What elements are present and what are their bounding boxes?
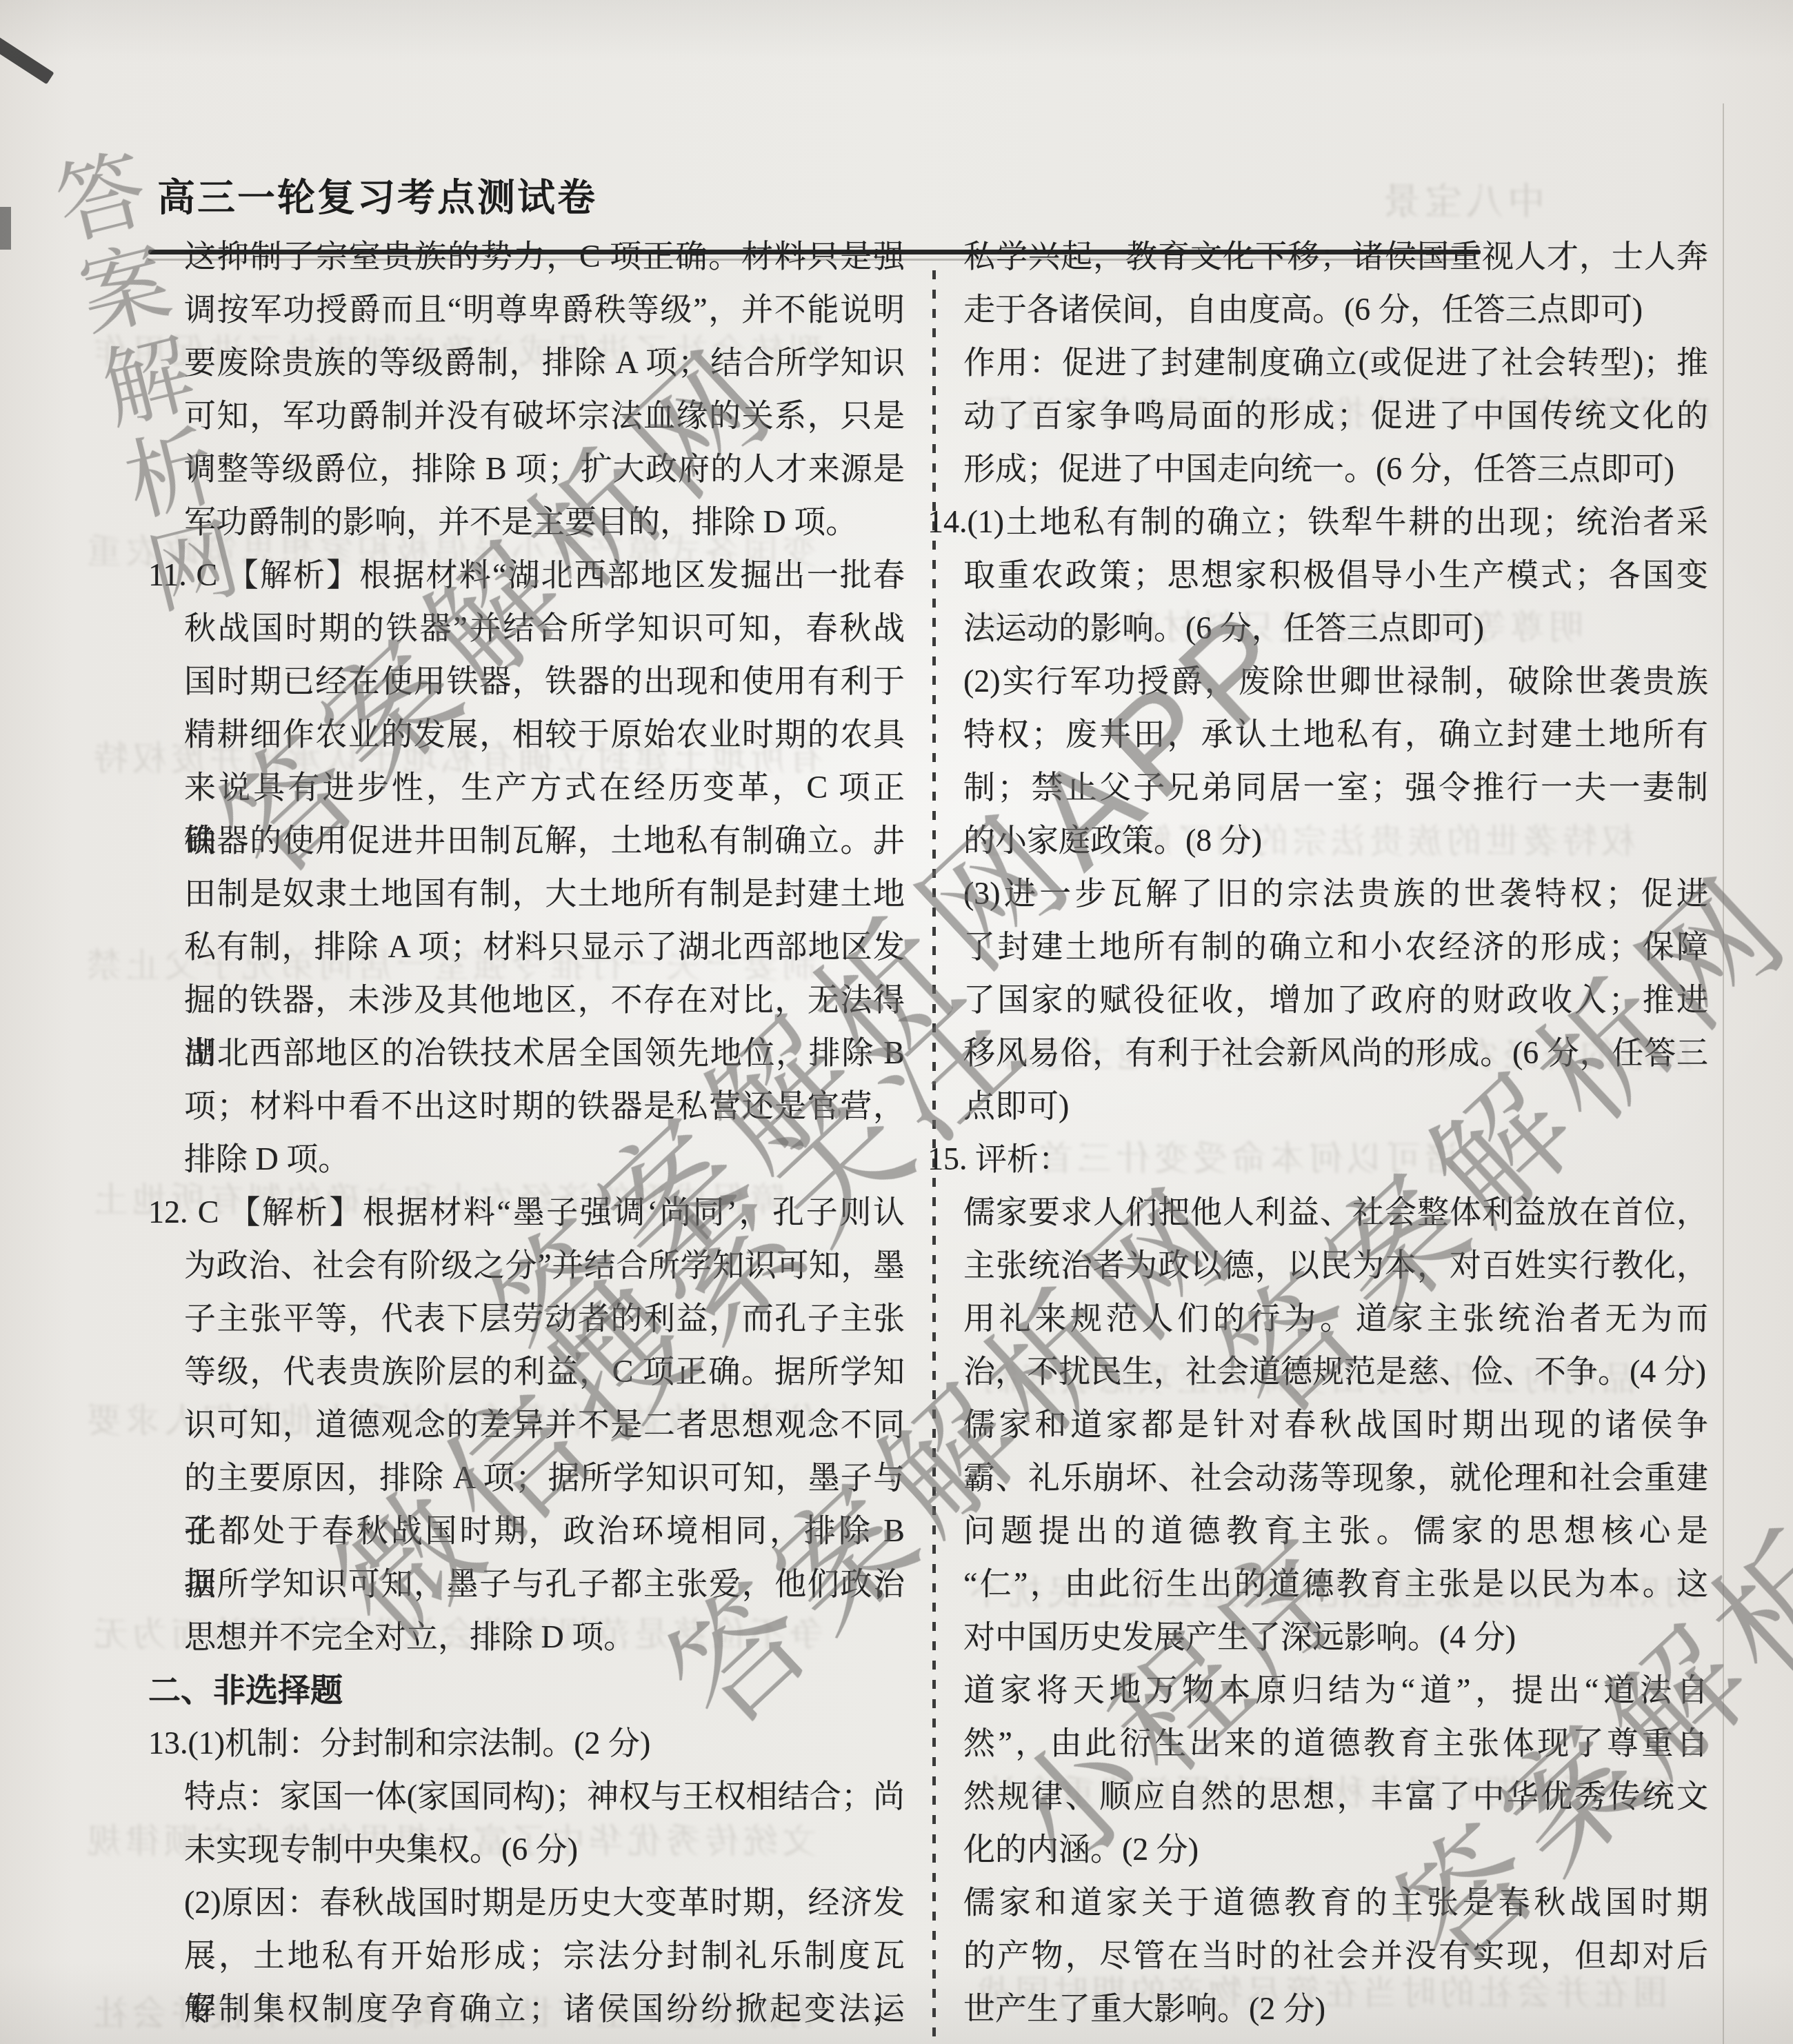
text-line: 子都处于春秋战国时期，政治环境相同，排除 B 项； (148, 1504, 905, 1557)
text-line: 霸、礼乐崩坏、社会动荡等现象，就伦理和社会重建 (928, 1451, 1708, 1504)
text-line: 二、非选择题 (148, 1663, 905, 1716)
text-line: 道家将天地万物本原归结为“道”，提出“道法自 (928, 1663, 1708, 1716)
text-line: 儒家要求人们把他人利益、社会整体利益放在首位， (928, 1185, 1708, 1239)
text-line: 私学兴起，教育文化下移；诸侯国重视人才，士人奔 (928, 230, 1708, 283)
text-line: 特权；废井田，承认土地私有，确立封建土地所有 (928, 708, 1708, 761)
text-line: 治，不扰民生，社会道德规范是慈、俭、不争。(4 分) (928, 1345, 1708, 1398)
text-line: 世产生了重大影响。(2 分) (928, 1982, 1708, 2035)
text-line: 来说具有进步性，生产方式在经历变革，C 项正确。 (148, 761, 905, 814)
text-line: 专制集权制度孕育确立；诸侯国纷纷掀起变法运动； (148, 1982, 905, 2035)
text-line: 湖北西部地区的冶铁技术居全国领先地位，排除 B (148, 1026, 905, 1079)
text-line: 制；禁止父子兄弟同居一室；强令推行一夫一妻制 (928, 761, 1708, 814)
text-line: 等级，代表贵族阶层的利益，C 项正确。据所学知 (148, 1345, 905, 1398)
text-line: 法运动的影响。(6 分，任答三点即可) (928, 601, 1708, 654)
text-line: 用礼来规范人们的行为。道家主张统治者无为而 (928, 1292, 1708, 1345)
text-line: 国时期已经在使用铁器，铁器的出现和使用有利于 (148, 654, 905, 708)
text-line: 点即可) (928, 1079, 1708, 1132)
scan-corner-artifact (0, 32, 54, 85)
text-line: 项；材料中看不出这时期的铁器是私营还是官营， (148, 1079, 905, 1132)
text-line: 主张统治者为政以德，以民为本，对百姓实行教化， (928, 1239, 1708, 1292)
text-line: 私有制，排除 A 项；材料只显示了湖北西部地区发 (148, 920, 905, 973)
text-line: 的产物，尽管在当时的社会并没有实现，但却对后 (928, 1929, 1708, 1982)
text-line: (3)进一步瓦解了旧的宗法贵族的世袭特权；促进 (928, 867, 1708, 920)
text-line: 为政治、社会有阶级之分”并结合所学知识可知，墨 (148, 1239, 905, 1292)
text-line: 思想并不完全对立，排除 D 项。 (148, 1610, 905, 1663)
page-fold-line (1723, 103, 1724, 2044)
text-line: 13.(1)机制：分封制和宗法制。(2 分) (148, 1716, 905, 1770)
text-line: 子主张平等，代表下层劳动者的利益，而孔子主张 (148, 1292, 905, 1345)
text-line: 特点：家国一体(家国同构)；神权与王权相结合；尚 (148, 1770, 905, 1823)
left-column: 这抑制了宗室贵族的势力，C 项正确。材料只是强调按军功授爵而且“明尊卑爵秩等级”… (148, 230, 905, 2035)
text-line: 展，土地私有开始形成；宗法分封制礼乐制度瓦解， (148, 1929, 905, 1982)
text-line: 移风易俗，有利于社会新风尚的形成。(6 分，任答三 (928, 1026, 1708, 1079)
text-line: 儒家和道家都是针对春秋战国时期出现的诸侯争 (928, 1398, 1708, 1451)
text-line: 问题提出的道德教育主张。儒家的思想核心是 (928, 1504, 1708, 1557)
text-line: 取重农政策；思想家积极倡导小生产模式；各国变 (928, 548, 1708, 601)
text-line: 的主要原因，排除 A 项；据所学知识可知，墨子与孔 (148, 1451, 905, 1504)
text-line: 走于各诸侯间，自由度高。(6 分，任答三点即可) (928, 283, 1708, 336)
text-line: 军功爵制的影响，并不是主要目的，排除 D 项。 (148, 495, 905, 548)
text-line: 秋战国时期的铁器”并结合所学知识可知，春秋战 (148, 601, 905, 654)
text-line: 了国家的赋役征收，增加了政府的财政收入；推进 (928, 973, 1708, 1026)
text-line: 田制是奴隶土地国有制，大土地所有制是封建土地 (148, 867, 905, 920)
text-line: (2)原因：春秋战国时期是历史大变革时期，经济发 (148, 1876, 905, 1929)
text-line: 对中国历史发展产生了深远影响。(4 分) (928, 1610, 1708, 1663)
text-line: 精耕细作农业的发展，相较于原始农业时期的农具 (148, 708, 905, 761)
text-line: 动了百家争鸣局面的形成；促进了中国传统文化的 (928, 389, 1708, 442)
text-line: 14.(1)土地私有制的确立；铁犁牛耕的出现；统治者采 (928, 495, 1708, 548)
text-line: 了封建土地所有制的确立和小农经济的形成；保障 (928, 920, 1708, 973)
page-title: 高三一轮复习考点测试卷 (157, 167, 597, 221)
text-line: (2)实行军功授爵，废除世卿世禄制，破除世袭贵族 (928, 654, 1708, 708)
text-line: 这抑制了宗室贵族的势力，C 项正确。材料只是强 (148, 230, 905, 283)
text-line: 未实现专制中央集权。(6 分) (148, 1823, 905, 1876)
text-line: 可知，军功爵制并没有破坏宗法血缘的关系，只是 (148, 389, 905, 442)
bleedthrough-text: 中八宝景 (1379, 172, 1545, 226)
text-line: 的小家庭政策。(8 分) (928, 814, 1708, 867)
text-line: 儒家和道家关于道德教育的主张是春秋战国时期 (928, 1876, 1708, 1929)
text-line: 据所学知识可知，墨子与孔子都主张爱，他们政治 (148, 1557, 905, 1610)
text-line: 形成；促进了中国走向统一。(6 分，任答三点即可) (928, 442, 1708, 495)
text-line: 15. 评析： (928, 1132, 1708, 1185)
right-column: 私学兴起，教育文化下移；诸侯国重视人才，士人奔走于各诸侯间，自由度高。(6 分，… (928, 230, 1708, 2035)
text-line: 铁器的使用促进井田制瓦解，土地私有制确立。井 (148, 814, 905, 867)
text-line: 要废除贵族的等级爵制，排除 A 项；结合所学知识 (148, 336, 905, 389)
text-line: 调按军功授爵而且“明尊卑爵秩等级”，并不能说明 (148, 283, 905, 336)
text-line: 然”，由此衍生出来的道德教育主张体现了尊重自 (928, 1716, 1708, 1770)
text-line: 作用：促进了封建制度确立(或促进了社会转型)；推 (928, 336, 1708, 389)
text-line: 识可知，道德观念的差异并不是二者思想观念不同 (148, 1398, 905, 1451)
text-line: 排除 D 项。 (148, 1132, 905, 1185)
text-line: 12. C 【解析】根据材料“墨子强调‘尚同’，孔子则认 (148, 1185, 905, 1239)
text-line: 掘的铁器，未涉及其他地区，不存在对比，无法得出 (148, 973, 905, 1026)
text-line: 调整等级爵位，排除 B 项；扩大政府的人才来源是 (148, 442, 905, 495)
text-line: 然规律、顺应自然的思想，丰富了中华优秀传统文 (928, 1770, 1708, 1823)
text-line: “仁”，由此衍生出的道德教育主张是以民为本。这 (928, 1557, 1708, 1610)
scanned-answer-sheet: 中八宝景朋面局鸣争家百了动推立确度制建封了进促明尊等秩爵卑强是只料材确正项力势权… (0, 0, 1793, 2044)
text-line: 11. C 【解析】根据材料“湖北西部地区发掘出一批春 (148, 548, 905, 601)
text-line: 化的内涵。(2 分) (928, 1823, 1708, 1876)
scan-edge-artifact (0, 207, 11, 250)
